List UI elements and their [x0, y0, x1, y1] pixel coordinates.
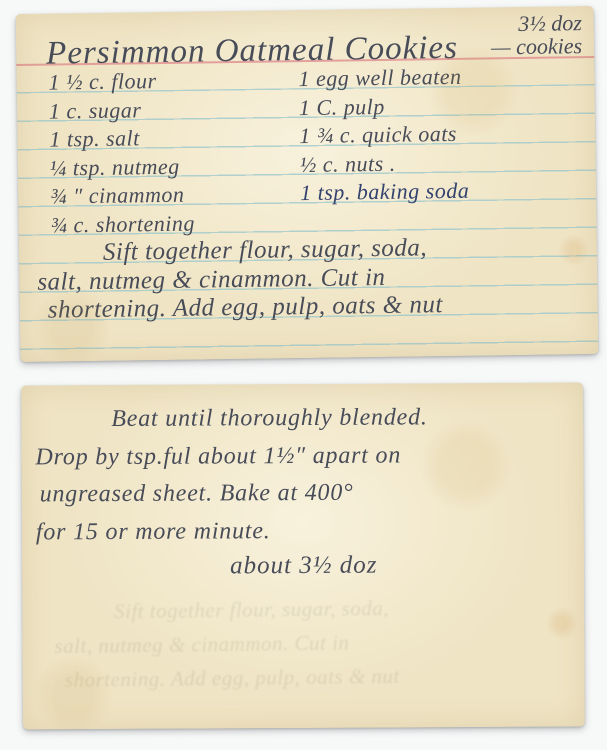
back-instruction-line: Drop by tsp.ful about 1½″ apart on	[35, 436, 575, 476]
ghost-text-line: shortening. Add egg, pulp, oats & nut	[51, 657, 565, 697]
back-instruction-line: Beat until thoroughly blended.	[35, 399, 575, 439]
ingredient-line: 1 C. pulp	[299, 90, 581, 122]
back-instruction-line: for 15 or more minute.	[36, 511, 576, 551]
ingredients-column-right: 1 egg well beaten 1 C. pulp 1 ¾ c. quick…	[298, 61, 582, 236]
ingredients-columns: 1 ½ c. flour 1 c. sugar 1 tsp. salt ¼ ts…	[48, 61, 582, 239]
recipe-card-back: Beat until thoroughly blended. Drop by t…	[21, 383, 585, 730]
ingredient-line: 1 ¾ c. quick oats	[299, 118, 581, 150]
ingredient-line: 1 c. sugar	[49, 94, 299, 126]
ingredient-line: ¼ tsp. nutmeg	[50, 151, 300, 183]
ingredients-column-left: 1 ½ c. flour 1 c. sugar 1 tsp. salt ¼ ts…	[48, 65, 300, 239]
yield-unit: — cookies	[491, 34, 582, 58]
yield-note: about 3½ doz	[230, 552, 378, 581]
back-instruction-line: ungreased sheet. Bake at 400°	[36, 474, 576, 514]
scan-background: Persimmon Oatmeal Cookies 3½ doz — cooki…	[0, 0, 607, 750]
yield-amount: 3½ doz	[491, 11, 582, 35]
ingredient-line: 1 egg well beaten	[298, 61, 580, 93]
ingredient-line: ¾ ″ cinammon	[50, 179, 300, 211]
ingredient-line: 1 tsp. salt	[49, 122, 299, 154]
bleed-through-ghost-text: Sift together flour, sugar, soda, salt, …	[50, 589, 565, 697]
instructions-paragraph: Sift together flour, sugar, soda, salt, …	[29, 232, 590, 325]
ingredient-line-blue-ink: 1 tsp. baking soda	[300, 175, 582, 207]
recipe-card-front: Persimmon Oatmeal Cookies 3½ doz — cooki…	[16, 6, 599, 362]
ingredient-line: ½ c. nuts .	[300, 147, 582, 179]
ingredient-line: ¾ c. shortening	[50, 208, 300, 240]
back-instructions-paragraph: Beat until thoroughly blended. Drop by t…	[35, 399, 576, 552]
yield-annotation: 3½ doz — cookies	[491, 11, 583, 58]
ingredient-line: 1 ½ c. flour	[48, 65, 298, 97]
